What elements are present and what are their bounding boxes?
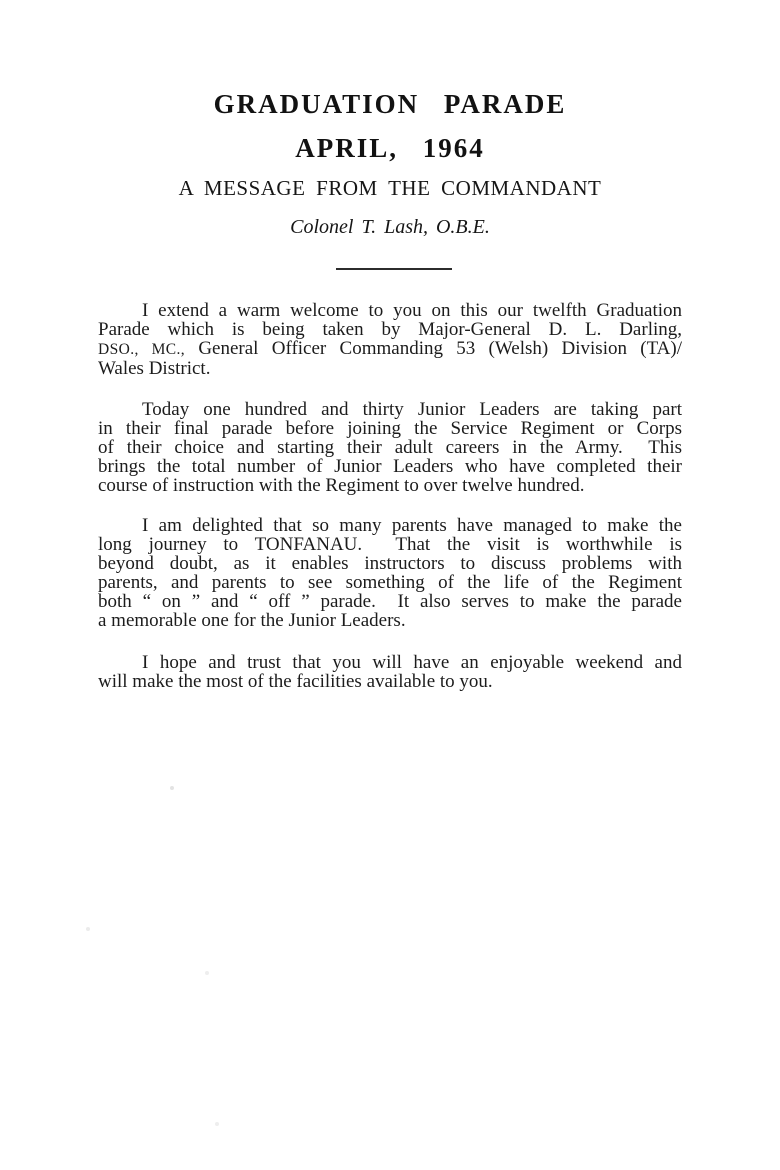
scan-speck bbox=[86, 927, 90, 931]
author-byline: Colonel T. Lash, O.B.E. bbox=[98, 216, 682, 239]
message-heading: A MESSAGE FROM THE COMMANDANT bbox=[98, 176, 682, 200]
divider-rule bbox=[336, 268, 452, 270]
paragraph-welcome: I extend a warm welcome to you on this o… bbox=[98, 301, 682, 378]
paragraph-line: will make the most of the facilities ava… bbox=[98, 672, 682, 691]
paragraph-line: I extend a warm welcome to you on this o… bbox=[98, 301, 682, 320]
paragraph-line: brings the total number of Junior Leader… bbox=[98, 457, 682, 476]
paragraph-closing: I hope and trust that you will have an e… bbox=[98, 653, 682, 691]
scan-speck bbox=[215, 1122, 219, 1126]
honours-smallcaps: DSO., MC., bbox=[98, 341, 185, 358]
paragraph-line: of their choice and starting their adult… bbox=[98, 438, 682, 457]
paragraph-line: Today one hundred and thirty Junior Lead… bbox=[98, 400, 682, 419]
paragraph-parents: I am delighted that so many parents have… bbox=[98, 516, 682, 630]
paragraph-line: both “ on ” and “ off ” parade. It also … bbox=[98, 592, 682, 611]
paragraph-line: I am delighted that so many parents have… bbox=[98, 516, 682, 535]
paragraph-line: course of instruction with the Regiment … bbox=[98, 476, 682, 495]
paragraph-line: Wales District. bbox=[98, 359, 682, 378]
paragraph-parade: Today one hundred and thirty Junior Lead… bbox=[98, 400, 682, 495]
paragraph-line-rest: General Officer Commanding 53 (Welsh) Di… bbox=[185, 338, 682, 359]
paragraph-line: beyond doubt, as it enables instructors … bbox=[98, 554, 682, 573]
paragraph-line: long journey to TONFANAU. That the visit… bbox=[98, 535, 682, 554]
paragraph-line: I hope and trust that you will have an e… bbox=[98, 653, 682, 672]
document-date: APRIL, 1964 bbox=[98, 133, 682, 163]
paragraph-line: DSO., MC., General Officer Commanding 53… bbox=[98, 339, 682, 359]
document-page: GRADUATION PARADE APRIL, 1964 A MESSAGE … bbox=[0, 0, 780, 1170]
paragraph-line: parents, and parents to see something of… bbox=[98, 573, 682, 592]
document-title: GRADUATION PARADE bbox=[98, 0, 682, 119]
paragraph-line: in their final parade before joining the… bbox=[98, 419, 682, 438]
paragraph-line: Parade which is being taken by Major-Gen… bbox=[98, 320, 682, 339]
scan-speck bbox=[170, 786, 174, 790]
scan-speck bbox=[205, 971, 209, 975]
paragraph-line: a memorable one for the Junior Leaders. bbox=[98, 611, 682, 630]
document-content: GRADUATION PARADE APRIL, 1964 A MESSAGE … bbox=[98, 0, 682, 691]
